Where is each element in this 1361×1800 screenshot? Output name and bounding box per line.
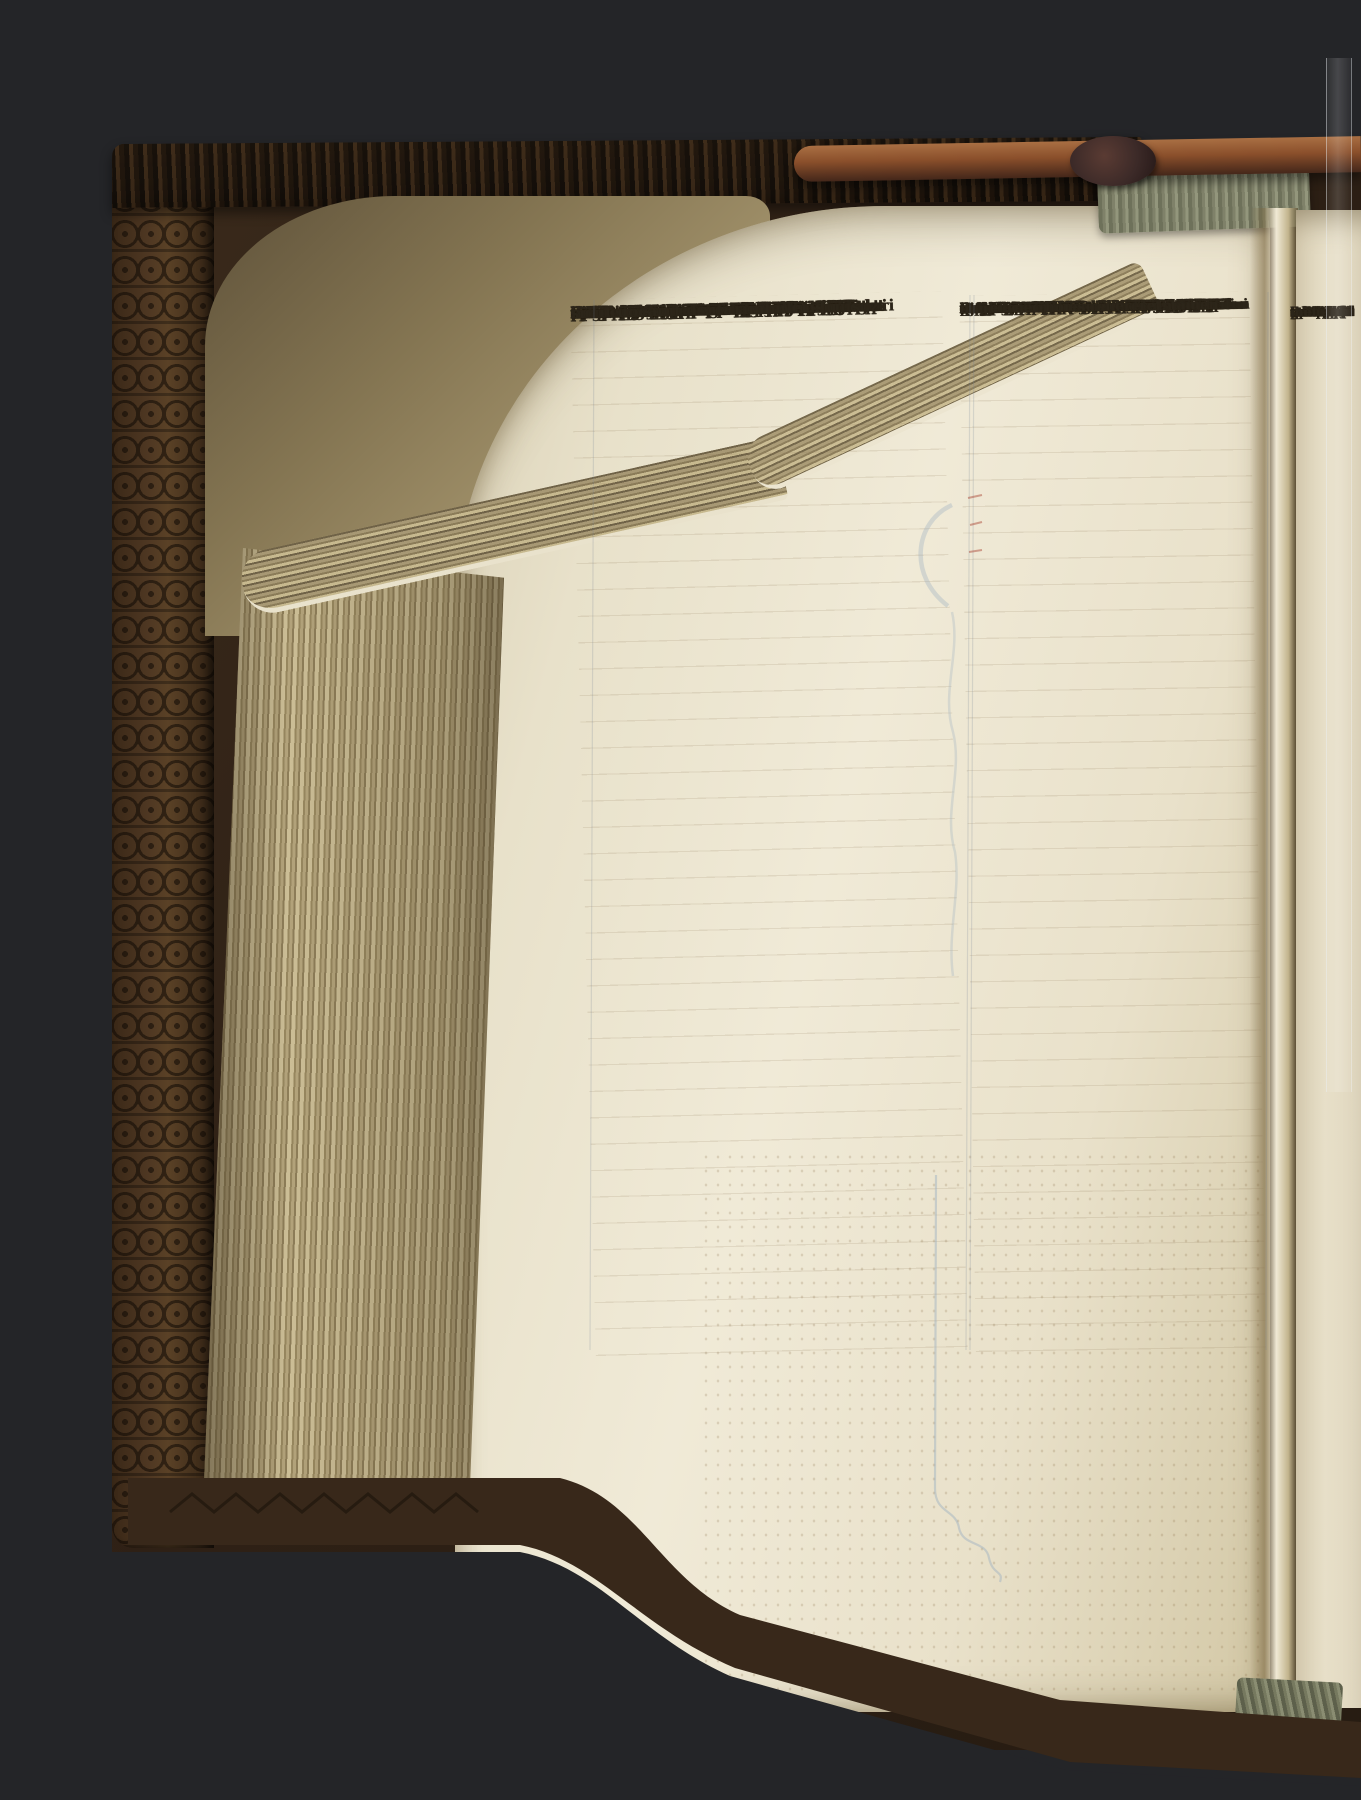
cover-tooling-strip bbox=[112, 144, 214, 1548]
page-edges-fan bbox=[204, 548, 504, 1540]
rod-knob bbox=[1070, 136, 1156, 186]
manuscript-photograph: magistraliter. pseuantia est pmanetia in… bbox=[0, 0, 1361, 1800]
manuscript-text-line: sicut uocauit ds ita ambulet. Ju bbox=[570, 294, 837, 327]
manuscript-text-line: meret. nec hoies reuereret. tamen bbox=[959, 292, 1218, 322]
text-column-right: eodem. Vnusquisqz in qua uocatoe uotus e… bbox=[959, 292, 1266, 1358]
acrylic-strip bbox=[1326, 58, 1352, 1092]
endband-textile-bottom bbox=[1235, 1677, 1343, 1728]
text-column-left: magistraliter. pseuantia est pmanetia in… bbox=[570, 291, 968, 1362]
